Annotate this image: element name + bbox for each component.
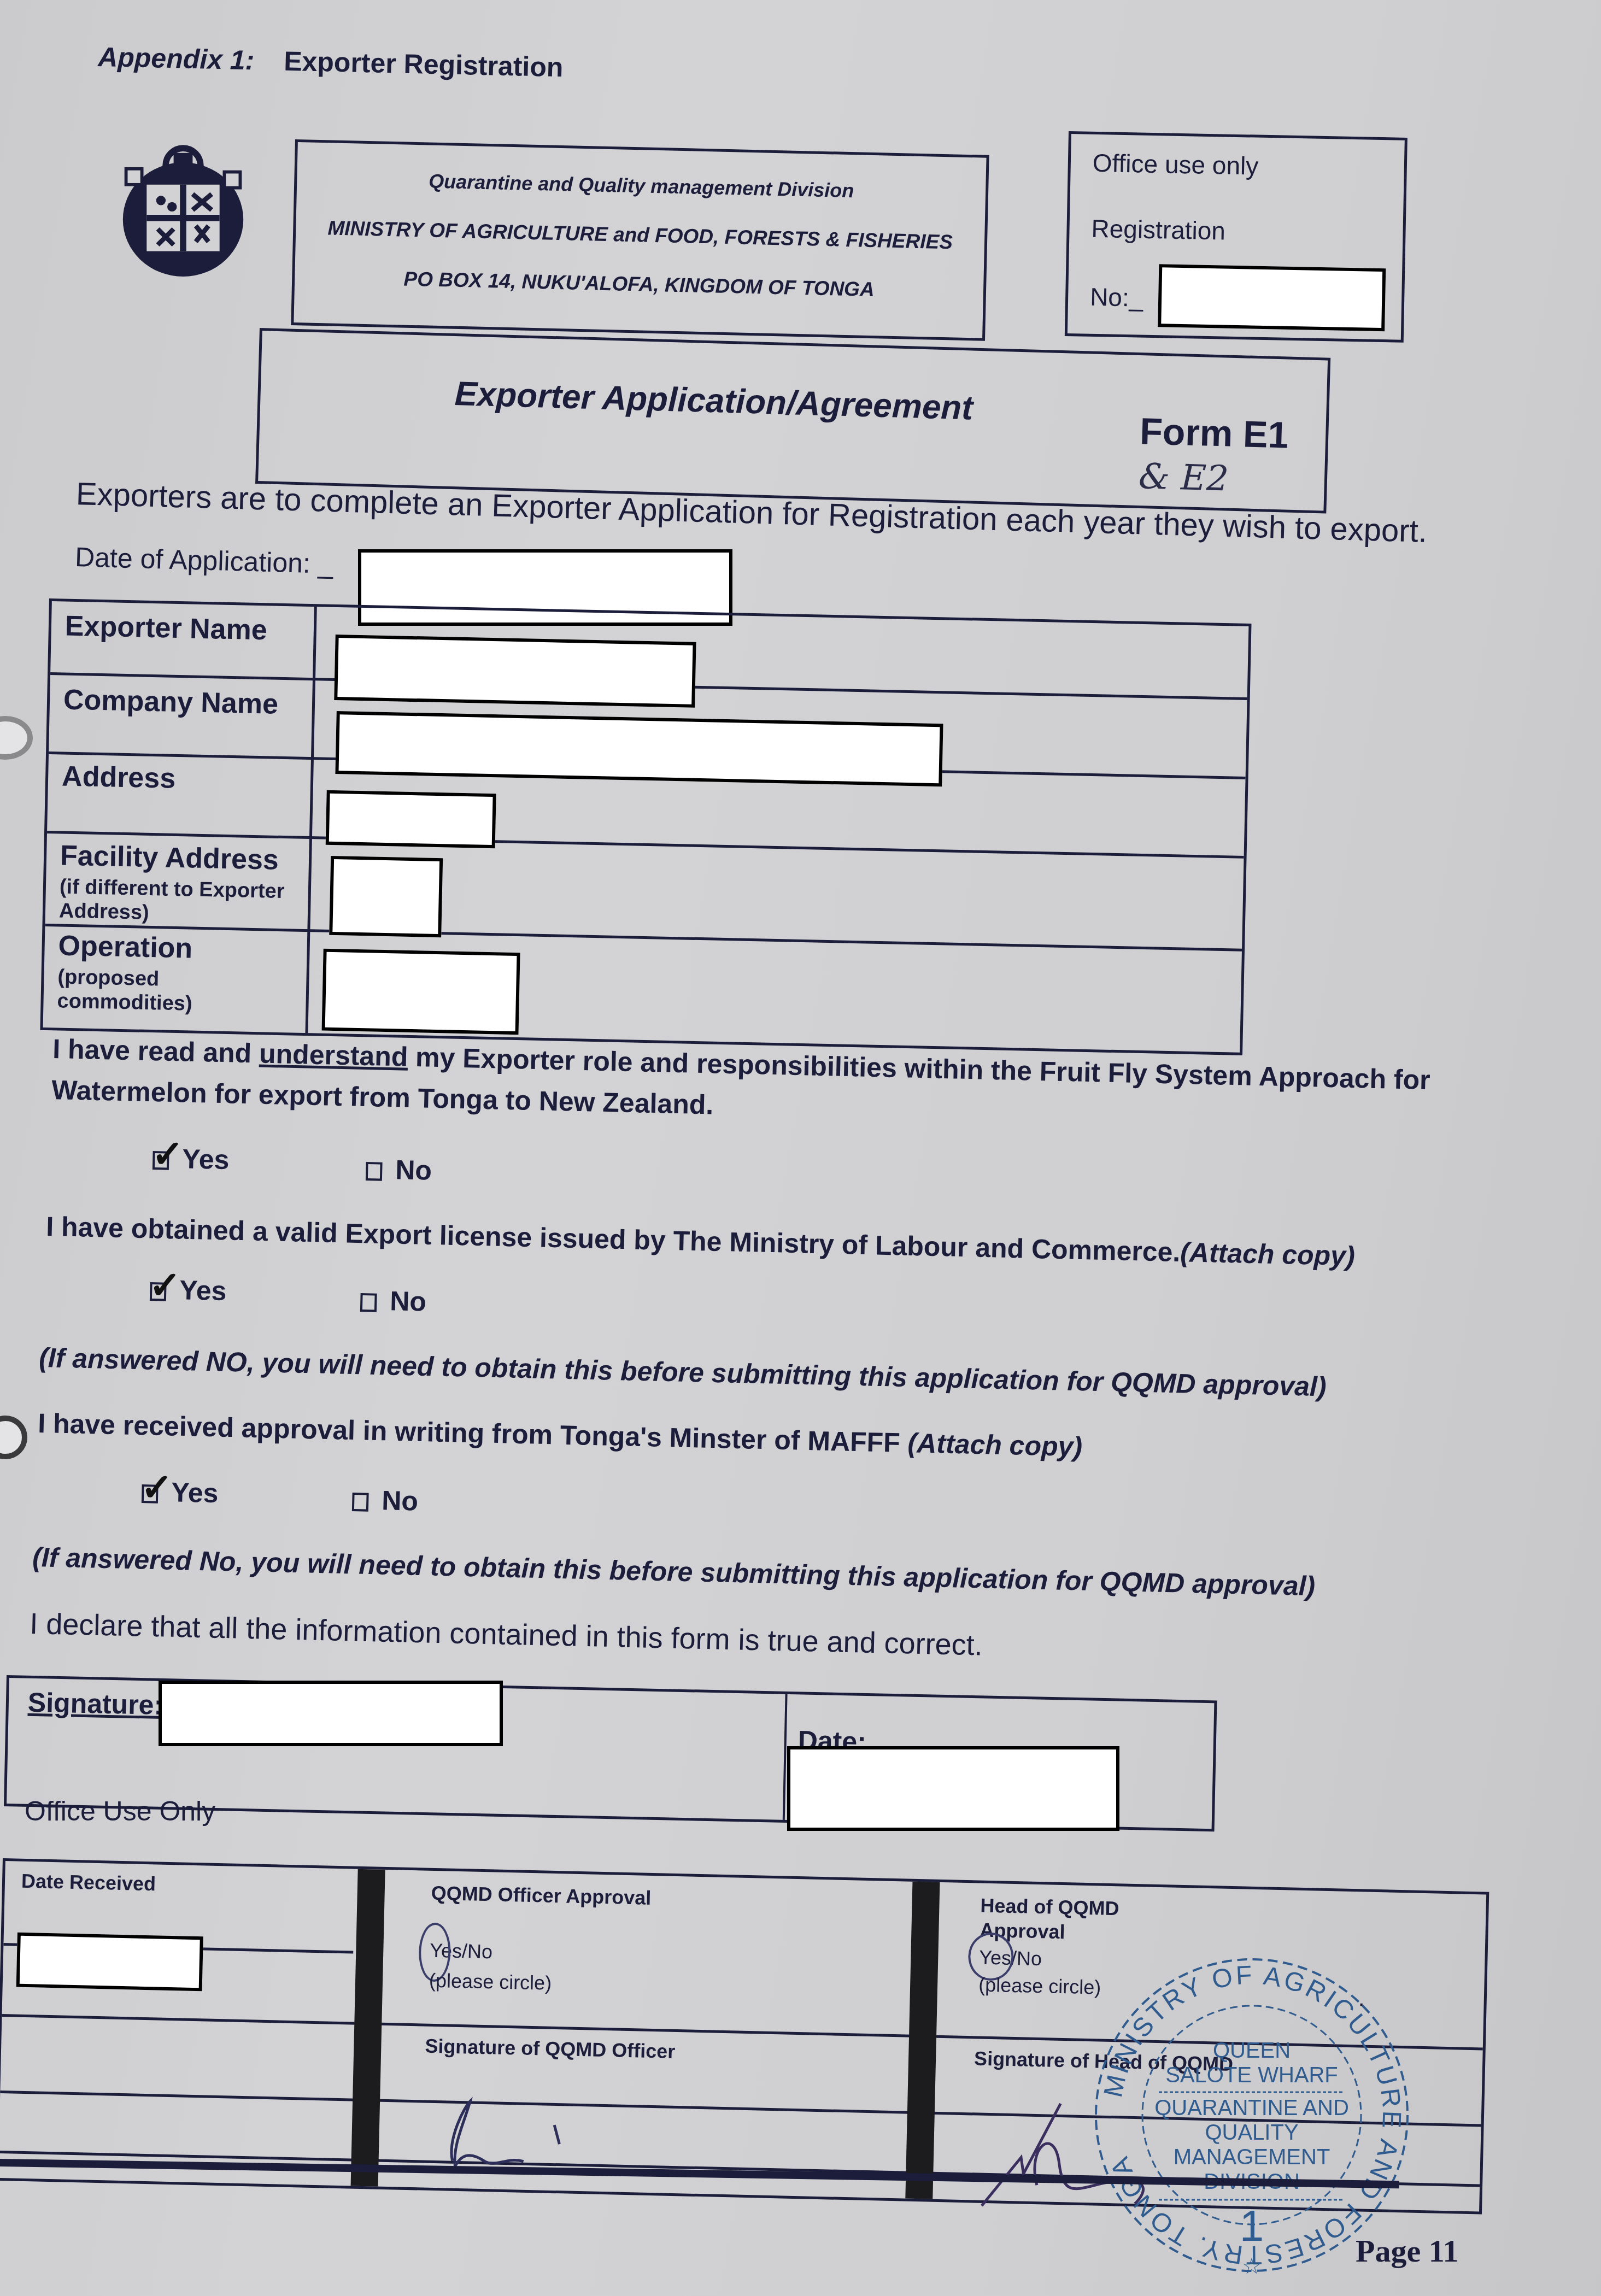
- ministry-address: PO BOX 14, NUKU'ALOFA, KINGDOM OF TONGA: [295, 265, 984, 304]
- stamp-line: QUARANTINE AND: [1154, 2096, 1349, 2120]
- qqmd-official-stamp: MINISTRY OF AGRICULTURE AND FORESTRY. TO…: [1088, 1951, 1416, 2279]
- no-label: No: [382, 1485, 419, 1516]
- statement-2-note: (If answered NO, you will need to obtain…: [39, 1342, 1327, 1402]
- office-use-box: Office use only Registration No:_: [1065, 131, 1408, 343]
- appendix-title: Exporter Registration: [284, 46, 564, 83]
- checkbox-empty-icon[interactable]: [352, 1493, 369, 1512]
- row-sublabel-operation: (proposed commodities): [57, 965, 222, 1016]
- no-label: No: [390, 1285, 427, 1317]
- statement-2-part: I have obtained a valid Export license i…: [46, 1211, 1181, 1267]
- appendix-heading: Appendix 1: Exporter Registration: [98, 41, 564, 83]
- row-label-address: Address: [62, 760, 176, 795]
- officer-signature-label: Signature of QQMD Officer: [425, 2035, 676, 2063]
- ministry-name: MINISTRY OF AGRICULTURE and FOOD, FOREST…: [296, 216, 985, 255]
- officer-approval-label: QQMD Officer Approval: [431, 1882, 652, 1910]
- declaration-text: I declare that all the information conta…: [30, 1607, 983, 1663]
- applicant-details-table: Exporter Name Company Name Address Facil…: [40, 598, 1251, 1055]
- appendix-label: Appendix 1:: [98, 42, 255, 75]
- statement-1-line2: Watermelon for export from Tonga to New …: [51, 1074, 714, 1120]
- form-title: Exporter Application/Agreement: [454, 374, 973, 427]
- yes-label: Yes: [182, 1143, 230, 1175]
- statement-3-part: I have received approval in writing from…: [38, 1408, 908, 1458]
- date-received-field[interactable]: [16, 1933, 203, 1992]
- stamp-star-icon: ☆: [1242, 2254, 1262, 2279]
- document-page: Appendix 1: Exporter Registration Quaran…: [0, 0, 1601, 2296]
- checkbox-empty-icon[interactable]: [366, 1162, 383, 1181]
- statement-3-no-option[interactable]: No: [352, 1484, 419, 1517]
- statement-3-note: (If answered No, you will need to obtain…: [32, 1541, 1316, 1602]
- statement-3-attach-note: (Attach copy): [907, 1428, 1083, 1462]
- handwritten-form-note: & E2: [1138, 456, 1229, 500]
- statement-3-text: I have received approval in writing from…: [38, 1407, 1083, 1463]
- stamp-number: 1: [1240, 2201, 1264, 2250]
- company-name-field[interactable]: [335, 711, 943, 786]
- head-approval-label-1: Head of QQMD: [980, 1894, 1119, 1921]
- operation-field[interactable]: [322, 949, 520, 1035]
- checkbox-checked-icon[interactable]: [153, 1151, 169, 1170]
- stamp-line: QUALITY: [1205, 2121, 1298, 2145]
- officer-please-circle: (please circle): [429, 1969, 552, 1995]
- office-use-only-heading: Office Use Only: [25, 1795, 215, 1827]
- statement-1-no-option[interactable]: No: [366, 1153, 432, 1187]
- row-label-operation: Operation: [58, 929, 193, 965]
- yes-label: Yes: [171, 1477, 219, 1508]
- division-name: Quarantine and Quality management Divisi…: [297, 167, 986, 205]
- date-of-application-label: Date of Application: _: [74, 541, 333, 580]
- column-separator-bar: [905, 1882, 940, 2199]
- tonga-coat-of-arms-icon: [104, 134, 262, 292]
- stamp-line: QUEEN: [1213, 2039, 1291, 2063]
- table-row-border: [45, 924, 1242, 952]
- date-received-label: Date Received: [21, 1870, 156, 1896]
- statement-3-yes-option[interactable]: Yes: [142, 1476, 219, 1509]
- statement-1-part: I have read and: [52, 1034, 260, 1069]
- statement-2-attach-note: (Attach copy): [1180, 1237, 1356, 1271]
- statement-1-underlined: understand: [259, 1038, 408, 1072]
- stamp-line: SALOTE WHARF: [1165, 2063, 1338, 2087]
- signature-label: Signature:: [27, 1687, 163, 1721]
- stamp-line: MANAGEMENT: [1174, 2145, 1330, 2169]
- row-label-exporter-name: Exporter Name: [64, 610, 267, 647]
- statement-1-yes-option[interactable]: Yes: [153, 1142, 230, 1176]
- exporter-name-field[interactable]: [334, 635, 696, 708]
- row-label-facility-address: Facility Address: [60, 839, 279, 877]
- officer-signature-scribble: [430, 2095, 607, 2175]
- no-label: No: [395, 1154, 432, 1185]
- row-sublabel-facility-address: (if different to Exporter Address): [59, 875, 295, 928]
- row-label-company-name: Company Name: [63, 684, 278, 721]
- registration-label: Registration: [1091, 214, 1225, 246]
- checkbox-empty-icon[interactable]: [360, 1293, 377, 1312]
- ministry-header-box: Quarantine and Quality management Divisi…: [291, 139, 989, 341]
- binder-ring: [0, 716, 33, 760]
- binder-ring: [0, 1416, 27, 1459]
- facility-address-field[interactable]: [329, 856, 443, 937]
- form-id: Form E1: [1139, 410, 1289, 457]
- office-use-title: Office use only: [1092, 148, 1258, 181]
- signature-field[interactable]: [159, 1681, 503, 1746]
- address-field[interactable]: [326, 790, 496, 848]
- head-please-circle: (please circle): [978, 1974, 1101, 1999]
- registration-number-field[interactable]: [1158, 264, 1386, 331]
- page-number: Page 11: [1356, 2233, 1458, 2269]
- column-separator-bar: [351, 1869, 385, 2187]
- checkbox-checked-icon[interactable]: [150, 1282, 167, 1301]
- checkbox-checked-icon[interactable]: [142, 1484, 159, 1504]
- yes-label: Yes: [179, 1275, 227, 1306]
- registration-number-label: No:_: [1090, 282, 1143, 313]
- declaration-date-field[interactable]: [787, 1746, 1119, 1831]
- statement-2-text: I have obtained a valid Export license i…: [46, 1211, 1356, 1272]
- statement-2-no-option[interactable]: No: [360, 1284, 427, 1318]
- statement-2-yes-option[interactable]: Yes: [150, 1273, 227, 1307]
- table-divider: [305, 607, 316, 1033]
